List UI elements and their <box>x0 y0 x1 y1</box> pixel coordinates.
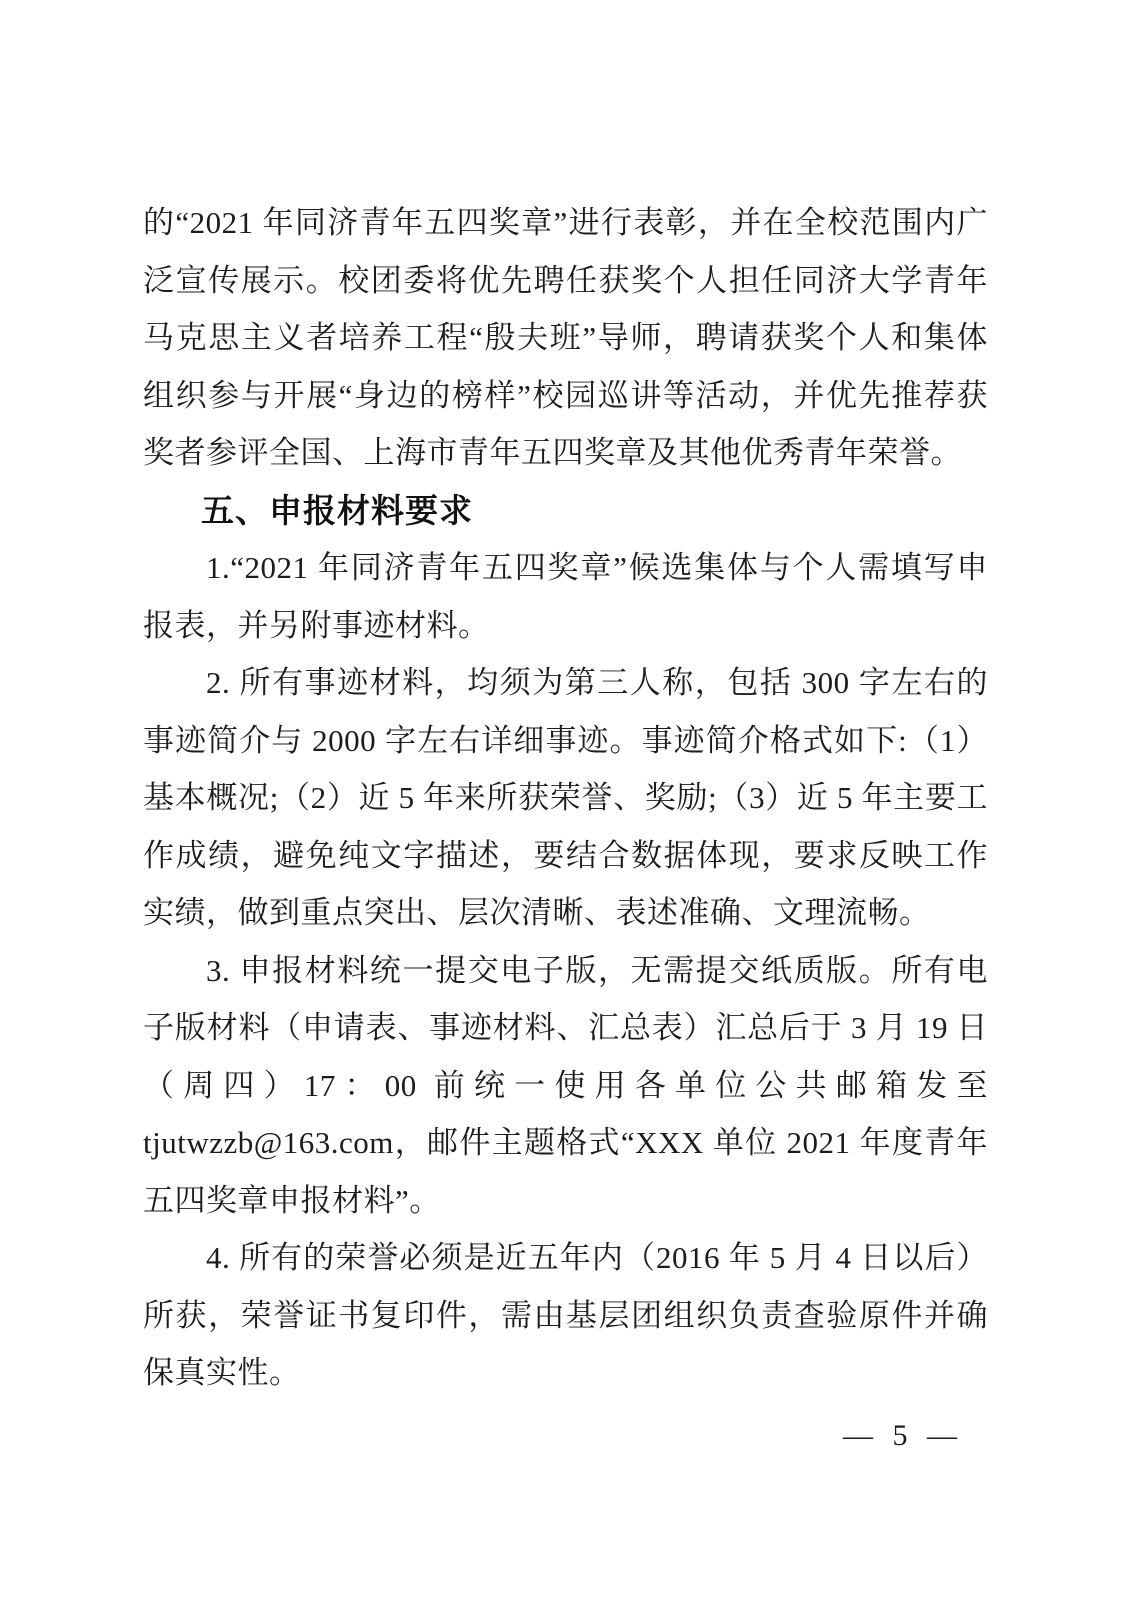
paragraph-item-4: 4. 所有的荣誉必须是近五年内（2016 年 5 月 4 日以后）所获，荣誉证书… <box>143 1229 988 1402</box>
paragraph-item-1: 1.“2021 年同济青年五四奖章”候选集体与个人需填写申报表，并另附事迹材料。 <box>143 539 988 654</box>
paragraph-item-3: 3. 申报材料统一提交电子版，无需提交纸质版。所有电子版材料（申请表、事迹材料、… <box>143 942 988 1230</box>
section-heading: 五、申报材料要求 <box>143 482 988 540</box>
document-body: 的“2021 年同济青年五四奖章”进行表彰，并在全校范围内广泛宣传展示。校团委将… <box>143 194 988 1402</box>
paragraph-continuation: 的“2021 年同济青年五四奖章”进行表彰，并在全校范围内广泛宣传展示。校团委将… <box>143 194 988 482</box>
document-page: 的“2021 年同济青年五四奖章”进行表彰，并在全校范围内广泛宣传展示。校团委将… <box>0 0 1131 1600</box>
paragraph-item-2: 2. 所有事迹材料，均须为第三人称，包括 300 字左右的事迹简介与 2000 … <box>143 654 988 942</box>
page-number: — 5 — <box>843 1416 963 1456</box>
